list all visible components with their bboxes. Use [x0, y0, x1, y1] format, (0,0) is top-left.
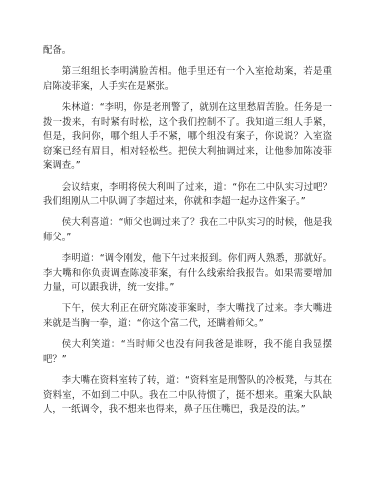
- paragraph-continuation: 配备。: [43, 44, 332, 59]
- paragraph: 李大嘴在资料室转了转，道：“资料室是刑警队的冷板凳，与其在资料室，不如到二中队。…: [43, 374, 332, 418]
- paragraph: 会议结束，李明将侯大利叫了过来，道：“你在二中队实习过吧？我们组刚从二中队调了李…: [43, 181, 332, 210]
- paragraph: 侯大利笑道：“当时师父也没有问我爸是谁呀，我不能自我显摆吧？”: [43, 338, 332, 367]
- paragraph: 李明道：“调令刚发，他下午过来报到。你们两人熟悉，那就好。李大嘴和你负责调查陈凌…: [43, 252, 332, 296]
- novel-text-block: 配备。 第三组组长李明满脸苦相。他手里还有一个入室抢劫案，若是重启陈凌菲案，人手…: [43, 44, 332, 424]
- paragraph: 侯大利喜道：“师父也调过来了？我在二中队实习的时候，他是我师父。”: [43, 216, 332, 245]
- paragraph: 朱林道：“李明，你是老刑警了，就别在这里愁眉苦脸。任务是一拨一拨来，有时紧有时松…: [43, 101, 332, 174]
- paragraph: 下午，侯大利正在研究陈凌菲案时，李大嘴找了过来。李大嘴进来就是当胸一拳，道：“你…: [43, 302, 332, 331]
- paragraph: 第三组组长李明满脸苦相。他手里还有一个入室抢劫案，若是重启陈凌菲案，人手实在是紧…: [43, 65, 332, 94]
- ebook-page: 配备。 第三组组长李明满脸苦相。他手里还有一个入室抢劫案，若是重启陈凌菲案，人手…: [0, 0, 370, 480]
